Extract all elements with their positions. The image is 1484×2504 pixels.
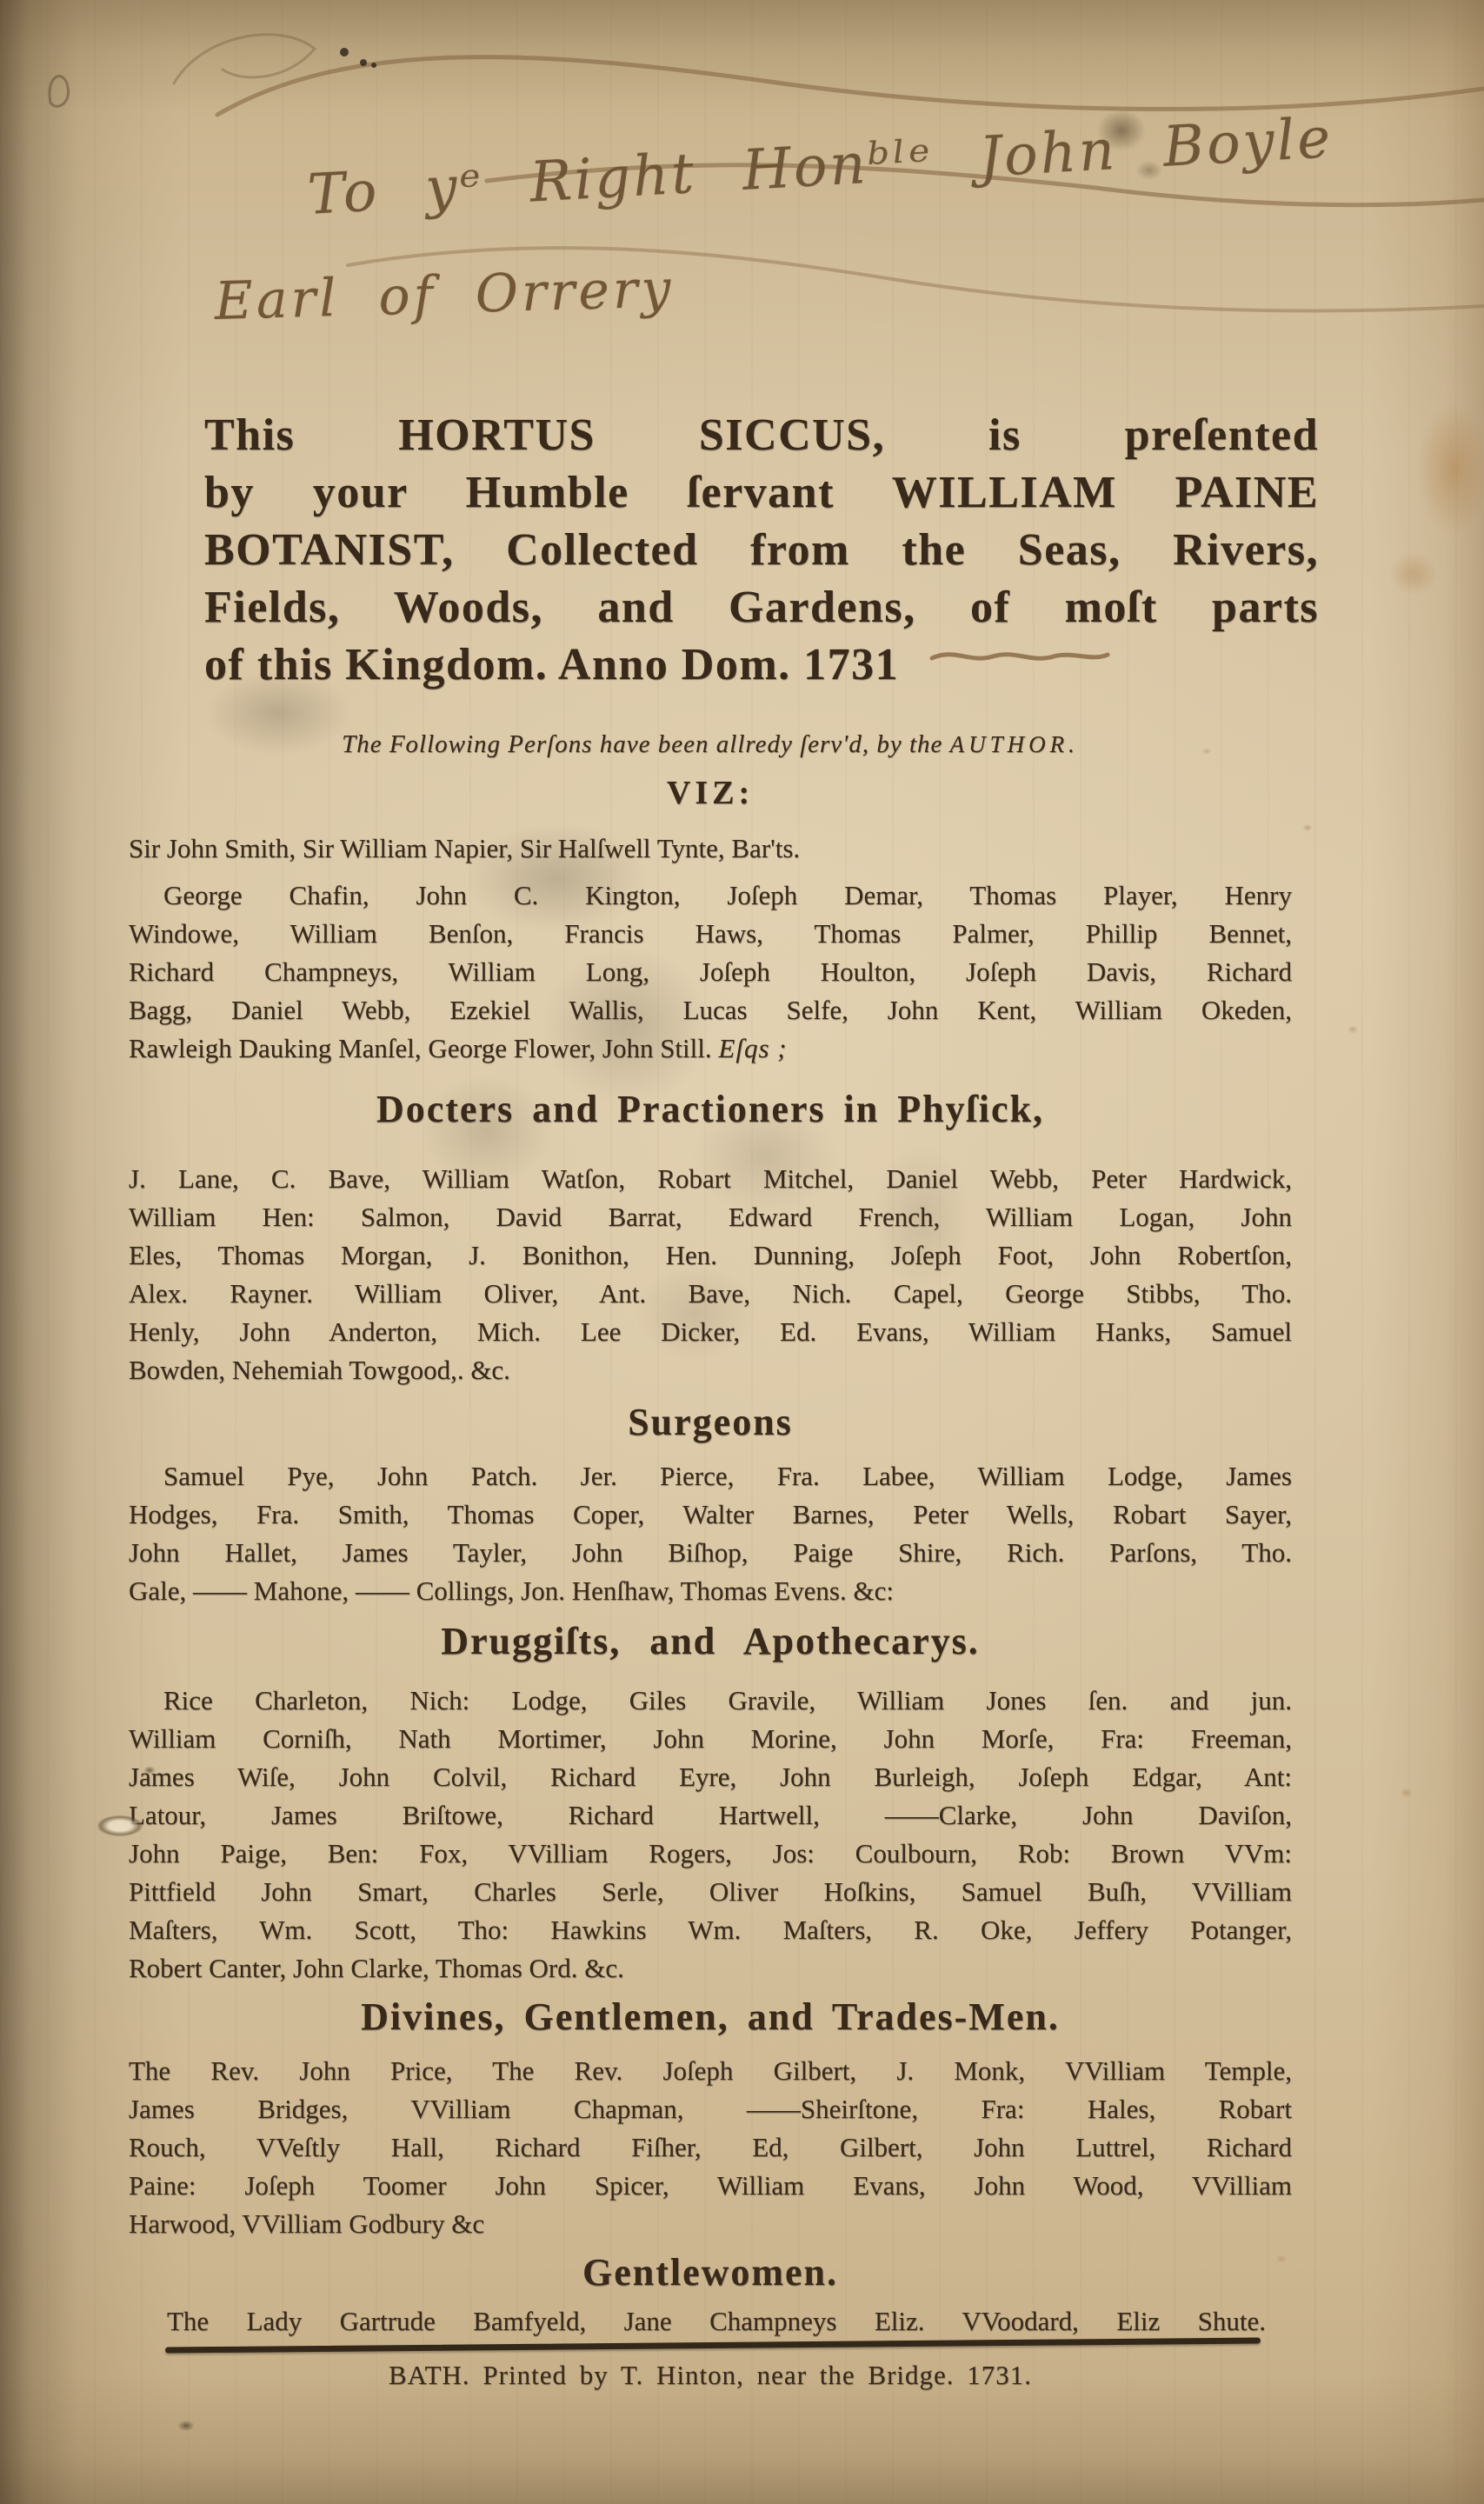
- esquires-line: Richard Champneys, William Long, Joſeph …: [129, 953, 1292, 991]
- esquires-line: Windowe, William Benſon, Francis Haws, T…: [129, 915, 1292, 953]
- surgeons-line: Hodges, Fra. Smith, Thomas Coper, Walter…: [129, 1495, 1292, 1534]
- esquires-label: Eſqs ;: [718, 1033, 787, 1063]
- physick-line: William Hen: Salmon, David Barrat, Edwar…: [129, 1198, 1292, 1236]
- paper-hole: [97, 1815, 143, 1836]
- title-line: BOTANIST, Collected from the Seas, River…: [204, 522, 1319, 579]
- served-note: The Following Perſons have been allredy …: [129, 730, 1292, 759]
- divines-line: Harwood, VVilliam Godbury &c: [129, 2205, 1292, 2243]
- divines-line: Paine: Joſeph Toomer John Spicer, Willia…: [129, 2167, 1292, 2205]
- served-note-author: AUTHOR.: [950, 731, 1079, 757]
- baronets-line: Sir John Smith, Sir William Napier, Sir …: [129, 829, 1292, 868]
- gentlewomen-line: The Lady Gartrude Bamfyeld, Jane Champne…: [129, 2302, 1292, 2341]
- title-line: Fields, Woods, and Gardens, of moſt part…: [204, 579, 1319, 636]
- druggists-line: William Corniſh, Nath Mortimer, John Mor…: [129, 1720, 1292, 1758]
- title-line: by your Humble ſervant WILLIAM PAINE: [204, 464, 1319, 522]
- druggists-line: Pittfield John Smart, Charles Serle, Oli…: [129, 1873, 1292, 1911]
- physick-line: Alex. Rayner. William Oliver, Ant. Bave,…: [129, 1275, 1292, 1313]
- druggists-line: Latour, James Briſtowe, Richard Hartwell…: [129, 1796, 1292, 1835]
- physick-heading: Docters and Practioners in Phyſick,: [129, 1082, 1292, 1137]
- divines-heading: Divines, Gentlemen, and Trades-Men.: [129, 1989, 1292, 2045]
- surgeons-line: Gale, —— Mahone, —— Collings, Jon. Henſh…: [129, 1572, 1292, 1610]
- esquires-line: George Chafin, John C. Kington, Joſeph D…: [129, 876, 1292, 915]
- served-note-text: The Following Perſons have been allredy …: [342, 730, 950, 758]
- physick-line: J. Lane, C. Bave, William Watſon, Robart…: [129, 1160, 1292, 1198]
- physick-line: Eles, Thomas Morgan, J. Bonithon, Hen. D…: [129, 1236, 1292, 1275]
- physick-section: J. Lane, C. Bave, William Watſon, Robart…: [129, 1160, 1292, 1389]
- imprint-line: BATH. Printed by T. Hinton, near the Bri…: [129, 2360, 1292, 2391]
- handwritten-flourish-icon: [928, 644, 1111, 667]
- surgeons-section: Samuel Pye, John Patch. Jer. Pierce, Fra…: [129, 1457, 1292, 1610]
- title-line-last: of this Kingdom. Anno Dom. 1731: [204, 636, 1319, 694]
- title-block: This HORTUS SICCUS, is preſented by your…: [204, 407, 1319, 694]
- physick-line: Bowden, Nehemiah Towgood,. &c.: [129, 1351, 1292, 1389]
- viz-label: VIZ:: [129, 774, 1292, 812]
- divines-line: The Rev. John Price, The Rev. Joſeph Gil…: [129, 2052, 1292, 2090]
- druggists-line: Maſters, Wm. Scott, Tho: Hawkins Wm. Maſ…: [129, 1911, 1292, 1949]
- druggists-heading: Druggiſts, and Apothecarys.: [129, 1614, 1292, 1669]
- gentlewomen-heading: Gentlewomen.: [129, 2245, 1292, 2301]
- druggists-line: James Wiſe, John Colvil, Richard Eyre, J…: [129, 1758, 1292, 1796]
- divines-section: The Rev. John Price, The Rev. Joſeph Gil…: [129, 2052, 1292, 2243]
- gentlewomen-section: The Lady Gartrude Bamfyeld, Jane Champne…: [129, 2302, 1292, 2341]
- divines-line: James Bridges, VVilliam Chapman, ——Sheir…: [129, 2090, 1292, 2128]
- title-line-text: of this Kingdom. Anno Dom. 1731: [204, 640, 899, 689]
- scanned-book-page: To yᵉ Right Honᵇˡᵉ John Boyle Earl of Or…: [0, 0, 1484, 2504]
- druggists-line: Robert Canter, John Clarke, Thomas Ord. …: [129, 1949, 1292, 1988]
- surgeons-line: Samuel Pye, John Patch. Jer. Pierce, Fra…: [129, 1457, 1292, 1495]
- druggists-section: Rice Charleton, Nich: Lodge, Giles Gravi…: [129, 1682, 1292, 1988]
- esquires-names: Rawleigh Dauking Manſel, George Flower, …: [129, 1033, 712, 1063]
- physick-line: Henly, John Anderton, Mich. Lee Dicker, …: [129, 1313, 1292, 1351]
- divines-line: Rouch, VVeſtly Hall, Richard Fiſher, Ed,…: [129, 2128, 1292, 2167]
- surgeons-line: John Hallet, James Tayler, John Biſhop, …: [129, 1534, 1292, 1572]
- baronets-section: Sir John Smith, Sir William Napier, Sir …: [129, 829, 1292, 868]
- druggists-line: Rice Charleton, Nich: Lodge, Giles Gravi…: [129, 1682, 1292, 1720]
- esquires-line: Bagg, Daniel Webb, Ezekiel Wallis, Lucas…: [129, 991, 1292, 1029]
- esquires-section: George Chafin, John C. Kington, Joſeph D…: [129, 876, 1292, 1068]
- esquires-last-line: Rawleigh Dauking Manſel, George Flower, …: [129, 1029, 1292, 1068]
- druggists-line: John Paige, Ben: Fox, VVilliam Rogers, J…: [129, 1835, 1292, 1873]
- title-line: This HORTUS SICCUS, is preſented: [204, 407, 1319, 464]
- surgeons-heading: Surgeons: [129, 1395, 1292, 1450]
